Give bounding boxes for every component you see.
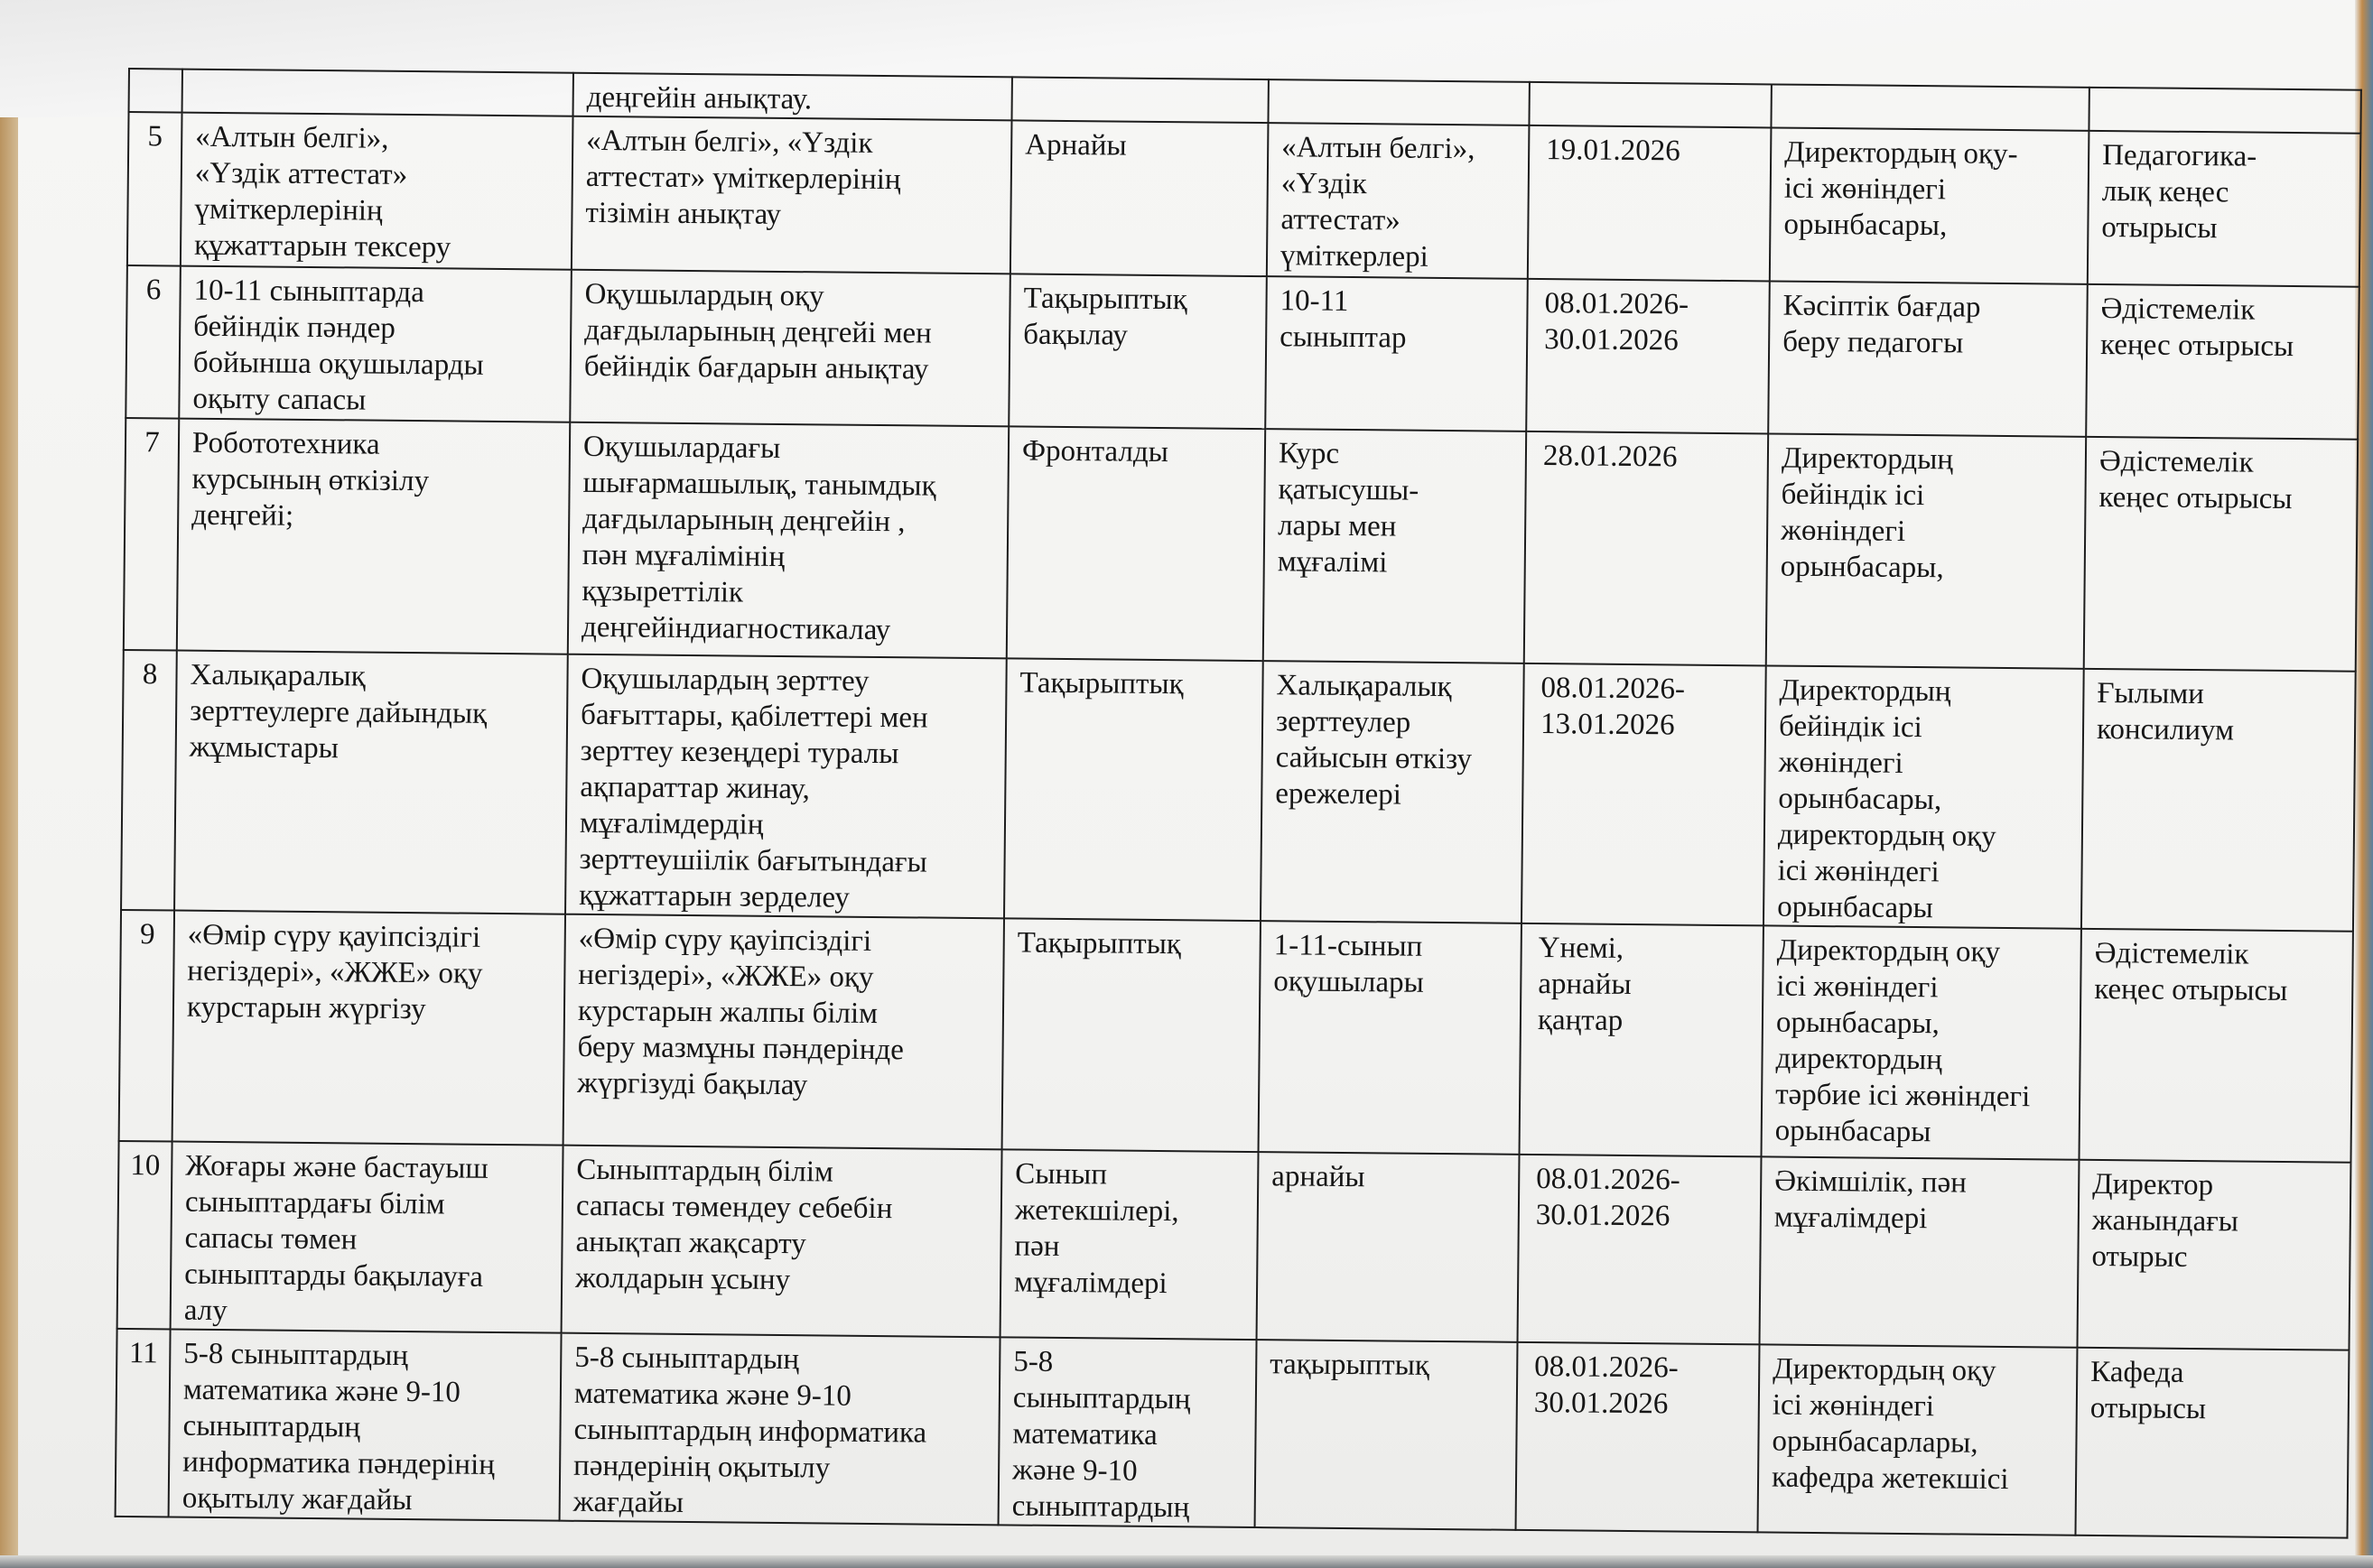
cell-object: Халықаралық зерттеулер сайысын өткізу ер… bbox=[1261, 661, 1524, 923]
cell-num bbox=[129, 69, 182, 113]
cell-type: Тақырыптық bbox=[1002, 918, 1261, 1152]
table-row: 10 Жоғары және бастауыш сыныптардағы біл… bbox=[117, 1141, 2351, 1350]
cell-goal: «Алтын белгі», «Үздік аттестат» үміткерл… bbox=[572, 116, 1012, 274]
cell-review: Ғылыми консилиум bbox=[2081, 669, 2356, 932]
cell-topic: 10-11 сыныптарда бейіндік пәндер бойынша… bbox=[179, 266, 572, 422]
cell-type: Арнайы bbox=[1010, 120, 1269, 276]
cell-num: 9 bbox=[119, 910, 174, 1142]
cell-object: 1-11-сынып оқушылары bbox=[1259, 921, 1522, 1155]
cell-goal: Сыныптардың білім сапасы төмендеу себебі… bbox=[562, 1146, 1002, 1338]
cell-review: Әдістемелік кеңес отырысы bbox=[2084, 437, 2358, 672]
cell-date: 08.01.2026- 30.01.2026 bbox=[1516, 1342, 1760, 1533]
cell-date bbox=[1529, 82, 1771, 128]
cell-topic: 5-8 сыныптардың математика және 9-10 сын… bbox=[169, 1330, 562, 1521]
cell-num: 5 bbox=[127, 112, 182, 266]
cell-type: Тақырыптық бақылау bbox=[1009, 274, 1267, 429]
cell-goal: 5-8 сыныптардың математика және 9-10 сын… bbox=[560, 1333, 1000, 1526]
cell-type: 5-8 сыныптардың математика және 9-10 сын… bbox=[999, 1337, 1257, 1527]
cell-review: Директор жанындағы отырыс bbox=[2077, 1160, 2350, 1350]
cell-topic: «Өмір сүру қауіпсіздігі негіздері», «ЖЖЕ… bbox=[172, 911, 565, 1146]
cell-responsible: Әкімшілік, пән мұғалімдері bbox=[1760, 1156, 2080, 1347]
cell-review: Педагогика- лық кеңес отырысы bbox=[2088, 131, 2361, 287]
cell-review: Кафеда отырысы bbox=[2075, 1348, 2349, 1538]
cell-responsible bbox=[1771, 84, 2089, 130]
table-row: 11 5-8 сыныптардың математика және 9-10 … bbox=[116, 1329, 2350, 1538]
cell-type: Фронталды bbox=[1007, 426, 1265, 661]
cell-date: Үнемі, арнайы қаңтар bbox=[1520, 923, 1763, 1157]
cell-goal: деңгейін анықтау. bbox=[573, 73, 1012, 121]
cell-topic: Жоғары және бастауыш сыныптардағы білім … bbox=[171, 1142, 563, 1333]
cell-goal: Оқушылардағы шығармашылық, танымдық дағд… bbox=[568, 422, 1009, 659]
cell-object: арнайы bbox=[1257, 1152, 1520, 1342]
cell-object: «Алтын белгі», «Үздік аттестат» үміткерл… bbox=[1267, 123, 1530, 279]
table-row: 5 «Алтын белгі», «Үздік аттестат» үмітке… bbox=[127, 112, 2361, 287]
cell-num: 11 bbox=[116, 1329, 171, 1517]
cell-goal: «Өмір сүру қауіпсіздігі негіздері», «ЖЖЕ… bbox=[563, 914, 1004, 1150]
cell-responsible: Директордың оқу ісі жөніндегі орынбасары… bbox=[1762, 925, 2081, 1159]
cell-date: 08.01.2026- 13.01.2026 bbox=[1522, 663, 1766, 926]
cell-date: 08.01.2026- 30.01.2026 bbox=[1526, 279, 1770, 434]
cell-goal: Оқушылардың оқу дағдыларының деңгейі мен… bbox=[570, 270, 1010, 427]
cell-responsible: Директордың бейіндік ісі жөніндегі орынб… bbox=[1766, 433, 2086, 668]
table-row: 9 «Өмір сүру қауіпсіздігі негіздері», «Ж… bbox=[119, 910, 2353, 1163]
cell-goal: Оқушылардың зерттеу бағыттары, қабілетте… bbox=[565, 654, 1007, 919]
cell-topic: «Алтын белгі», «Үздік аттестат» үміткерл… bbox=[181, 113, 573, 270]
cell-num: 8 bbox=[121, 650, 177, 911]
cell-review: Әдістемелік кеңес отырысы bbox=[2079, 929, 2352, 1163]
cell-topic: Халықаралық зерттеулерге дайындық жұмыст… bbox=[174, 651, 568, 914]
cell-object: Курс қатысушы- лары мен мұғалімі bbox=[1263, 429, 1526, 663]
cell-object bbox=[1268, 79, 1529, 125]
table-row: 6 10-11 сыныптарда бейіндік пәндер бойын… bbox=[126, 265, 2359, 440]
table-row: 7 Робототехника курсының өткізілу деңгей… bbox=[124, 418, 2358, 672]
cell-num: 6 bbox=[126, 265, 181, 419]
cell-date: 08.01.2026- 30.01.2026 bbox=[1518, 1155, 1762, 1345]
cell-type: Сынып жетекшілері, пән мұғалімдері bbox=[1000, 1149, 1259, 1340]
cell-responsible: Кәсіптік бағдар беру педагогы bbox=[1768, 281, 2088, 436]
cell-topic: Робототехника курсының өткізілу деңгейі; bbox=[177, 419, 570, 654]
cell-type bbox=[1011, 77, 1268, 123]
cell-num: 7 bbox=[124, 418, 179, 651]
cell-topic bbox=[182, 70, 573, 116]
cell-review bbox=[2089, 88, 2360, 134]
table-row: 8 Халықаралық зерттеулерге дайындық жұмы… bbox=[121, 650, 2356, 932]
cell-responsible: Директордың бейіндік ісі жөніндегі орынб… bbox=[1763, 665, 2084, 928]
cell-type: Тақырыптық bbox=[1004, 658, 1263, 921]
cell-responsible: Директордың оқу ісі жөніндегі орынбасарл… bbox=[1758, 1344, 2078, 1535]
cell-object: 10-11 сыныптар bbox=[1265, 276, 1528, 431]
control-plan-table: деңгейін анықтау. 5 «Алтын белгі», «Үзді… bbox=[115, 68, 2362, 1539]
cell-review: Әдістемелік кеңес отырысы bbox=[2086, 284, 2359, 440]
paper-bottom-edge bbox=[0, 1555, 2373, 1568]
cell-responsible: Директордың оқу- ісі жөніндегі орынбасар… bbox=[1770, 127, 2089, 283]
cell-num: 10 bbox=[117, 1141, 172, 1330]
cell-object: тақырыптық bbox=[1255, 1340, 1518, 1530]
cell-date: 19.01.2026 bbox=[1528, 125, 1772, 282]
cell-date: 28.01.2026 bbox=[1524, 431, 1768, 666]
